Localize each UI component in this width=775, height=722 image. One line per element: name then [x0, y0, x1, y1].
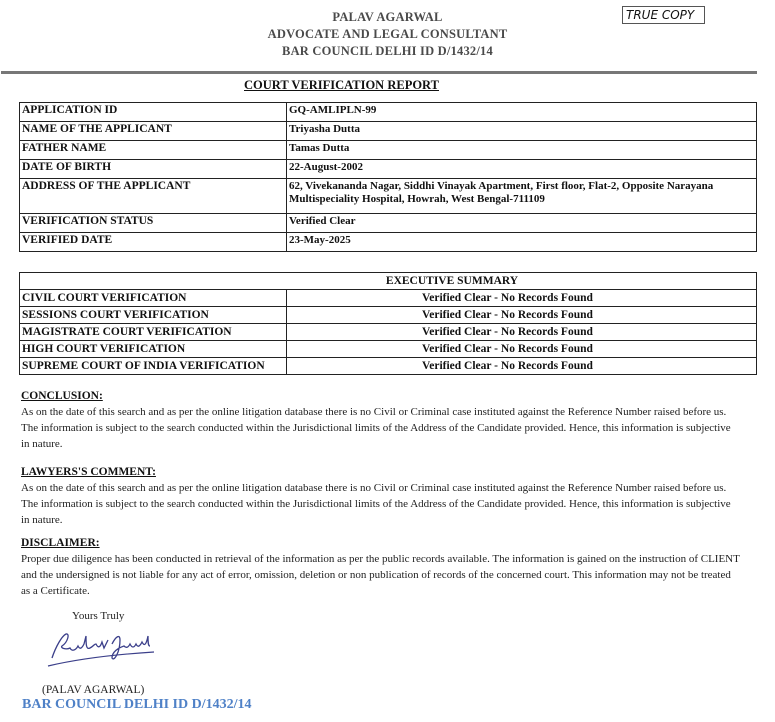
- row-value: Tamas Dutta: [287, 141, 757, 160]
- row-label: SUPREME COURT OF INDIA VERIFICATION: [20, 358, 287, 375]
- row-label: VERIFIED DATE: [20, 233, 287, 252]
- row-value: 22-August-2002: [287, 160, 757, 179]
- row-label: MAGISTRATE COURT VERIFICATION: [20, 324, 287, 341]
- table-row: APPLICATION ID GQ-AMLIPLN-99: [20, 103, 757, 122]
- row-value: Verified Clear - No Records Found: [287, 324, 757, 341]
- table-row: CIVIL COURT VERIFICATION Verified Clear …: [20, 290, 757, 307]
- signatory-name: (PALAV AGARWAL): [42, 684, 144, 696]
- conclusion-heading: CONCLUSION:: [21, 388, 741, 404]
- summary-header-row: EXECUTIVE SUMMARY: [20, 273, 757, 290]
- advocate-designation: ADVOCATE AND LEGAL CONSULTANT: [0, 26, 775, 43]
- conclusion-text: As on the date of this search and as per…: [21, 404, 741, 452]
- header-divider: [1, 71, 757, 74]
- row-value: Verified Clear - No Records Found: [287, 358, 757, 375]
- table-row: DATE OF BIRTH 22-August-2002: [20, 160, 757, 179]
- disclaimer-text: Proper due diligence has been conducted …: [21, 551, 741, 599]
- row-value: 23-May-2025: [287, 233, 757, 252]
- table-row: FATHER NAME Tamas Dutta: [20, 141, 757, 160]
- lawyers-comment-section: LAWYERS'S COMMENT: As on the date of thi…: [21, 464, 741, 528]
- row-label: NAME OF THE APPLICANT: [20, 122, 287, 141]
- table-row: HIGH COURT VERIFICATION Verified Clear -…: [20, 341, 757, 358]
- signature-icon: [42, 628, 157, 673]
- row-value: Verified Clear - No Records Found: [287, 290, 757, 307]
- conclusion-section: CONCLUSION: As on the date of this searc…: [21, 388, 741, 452]
- row-value: Verified Clear - No Records Found: [287, 341, 757, 358]
- table-row: NAME OF THE APPLICANT Triyasha Dutta: [20, 122, 757, 141]
- applicant-info-table: APPLICATION ID GQ-AMLIPLN-99 NAME OF THE…: [19, 102, 757, 252]
- row-label: APPLICATION ID: [20, 103, 287, 122]
- advocate-bar-id: BAR COUNCIL DELHI ID D/1432/14: [0, 43, 775, 60]
- lawyers-comment-text: As on the date of this search and as per…: [21, 480, 741, 528]
- row-label: FATHER NAME: [20, 141, 287, 160]
- row-label: DATE OF BIRTH: [20, 160, 287, 179]
- row-value: Verified Clear - No Records Found: [287, 307, 757, 324]
- summary-title: EXECUTIVE SUMMARY: [20, 273, 757, 290]
- row-label: SESSIONS COURT VERIFICATION: [20, 307, 287, 324]
- table-row: ADDRESS OF THE APPLICANT 62, Vivekananda…: [20, 179, 757, 214]
- disclaimer-section: DISCLAIMER: Proper due diligence has bee…: [21, 535, 741, 599]
- row-value: Verified Clear: [287, 214, 757, 233]
- row-label: VERIFICATION STATUS: [20, 214, 287, 233]
- row-value: 62, Vivekananda Nagar, Siddhi Vinayak Ap…: [287, 179, 757, 214]
- row-label: HIGH COURT VERIFICATION: [20, 341, 287, 358]
- lawyers-comment-heading: LAWYERS'S COMMENT:: [21, 464, 741, 480]
- table-row: SUPREME COURT OF INDIA VERIFICATION Veri…: [20, 358, 757, 375]
- table-row: MAGISTRATE COURT VERIFICATION Verified C…: [20, 324, 757, 341]
- true-copy-stamp: TRUE COPY: [622, 6, 705, 24]
- row-value: Triyasha Dutta: [287, 122, 757, 141]
- executive-summary-table: EXECUTIVE SUMMARY CIVIL COURT VERIFICATI…: [19, 272, 757, 375]
- table-row: SESSIONS COURT VERIFICATION Verified Cle…: [20, 307, 757, 324]
- disclaimer-heading: DISCLAIMER:: [21, 535, 741, 551]
- row-label: CIVIL COURT VERIFICATION: [20, 290, 287, 307]
- report-title: COURT VERIFICATION REPORT: [0, 78, 683, 93]
- signatory-bar-id: BAR COUNCIL DELHI ID D/1432/14: [22, 697, 251, 713]
- table-row: VERIFICATION STATUS Verified Clear: [20, 214, 757, 233]
- row-label: ADDRESS OF THE APPLICANT: [20, 179, 287, 214]
- table-row: VERIFIED DATE 23-May-2025: [20, 233, 757, 252]
- row-value: GQ-AMLIPLN-99: [287, 103, 757, 122]
- closing-text: Yours Truly: [72, 610, 124, 622]
